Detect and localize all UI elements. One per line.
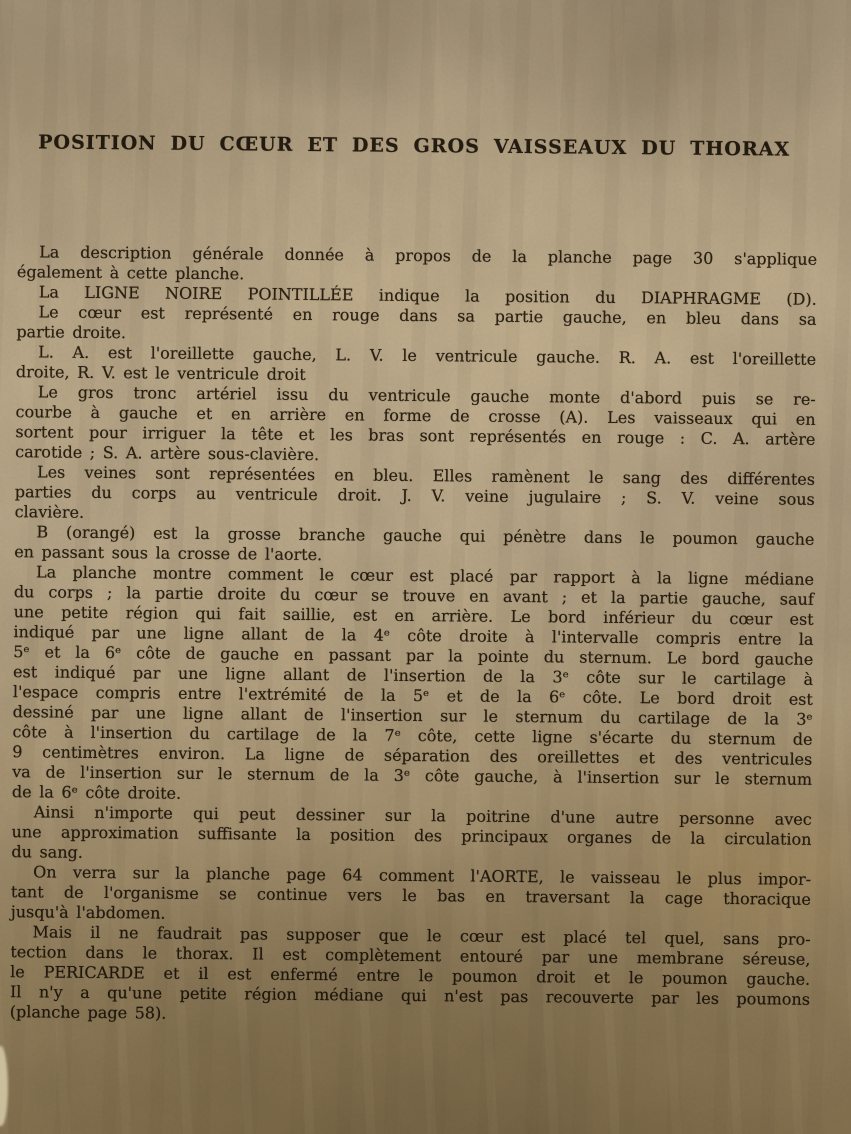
paragraph: On verra sur la planche page 64 comment … (11, 862, 812, 930)
paragraph: Ainsi n'importe qui peut dessiner sur la… (11, 802, 812, 870)
body-text: La description générale donnée à propos … (10, 242, 817, 1030)
paragraph: La planche montre comment le cœur est pl… (12, 562, 814, 810)
paragraph: Mais il ne faudrait pas supposer que le … (10, 922, 811, 1030)
paragraph: Les veines sont représentées en bleu. El… (15, 462, 816, 530)
paragraph: Le gros tronc artériel issu du ventricul… (15, 382, 816, 470)
book-page-photo: POSITION DU CŒUR ET DES GROS VAISSEAUX D… (0, 0, 851, 1134)
printed-page-content: POSITION DU CŒUR ET DES GROS VAISSEAUX D… (10, 130, 819, 1030)
